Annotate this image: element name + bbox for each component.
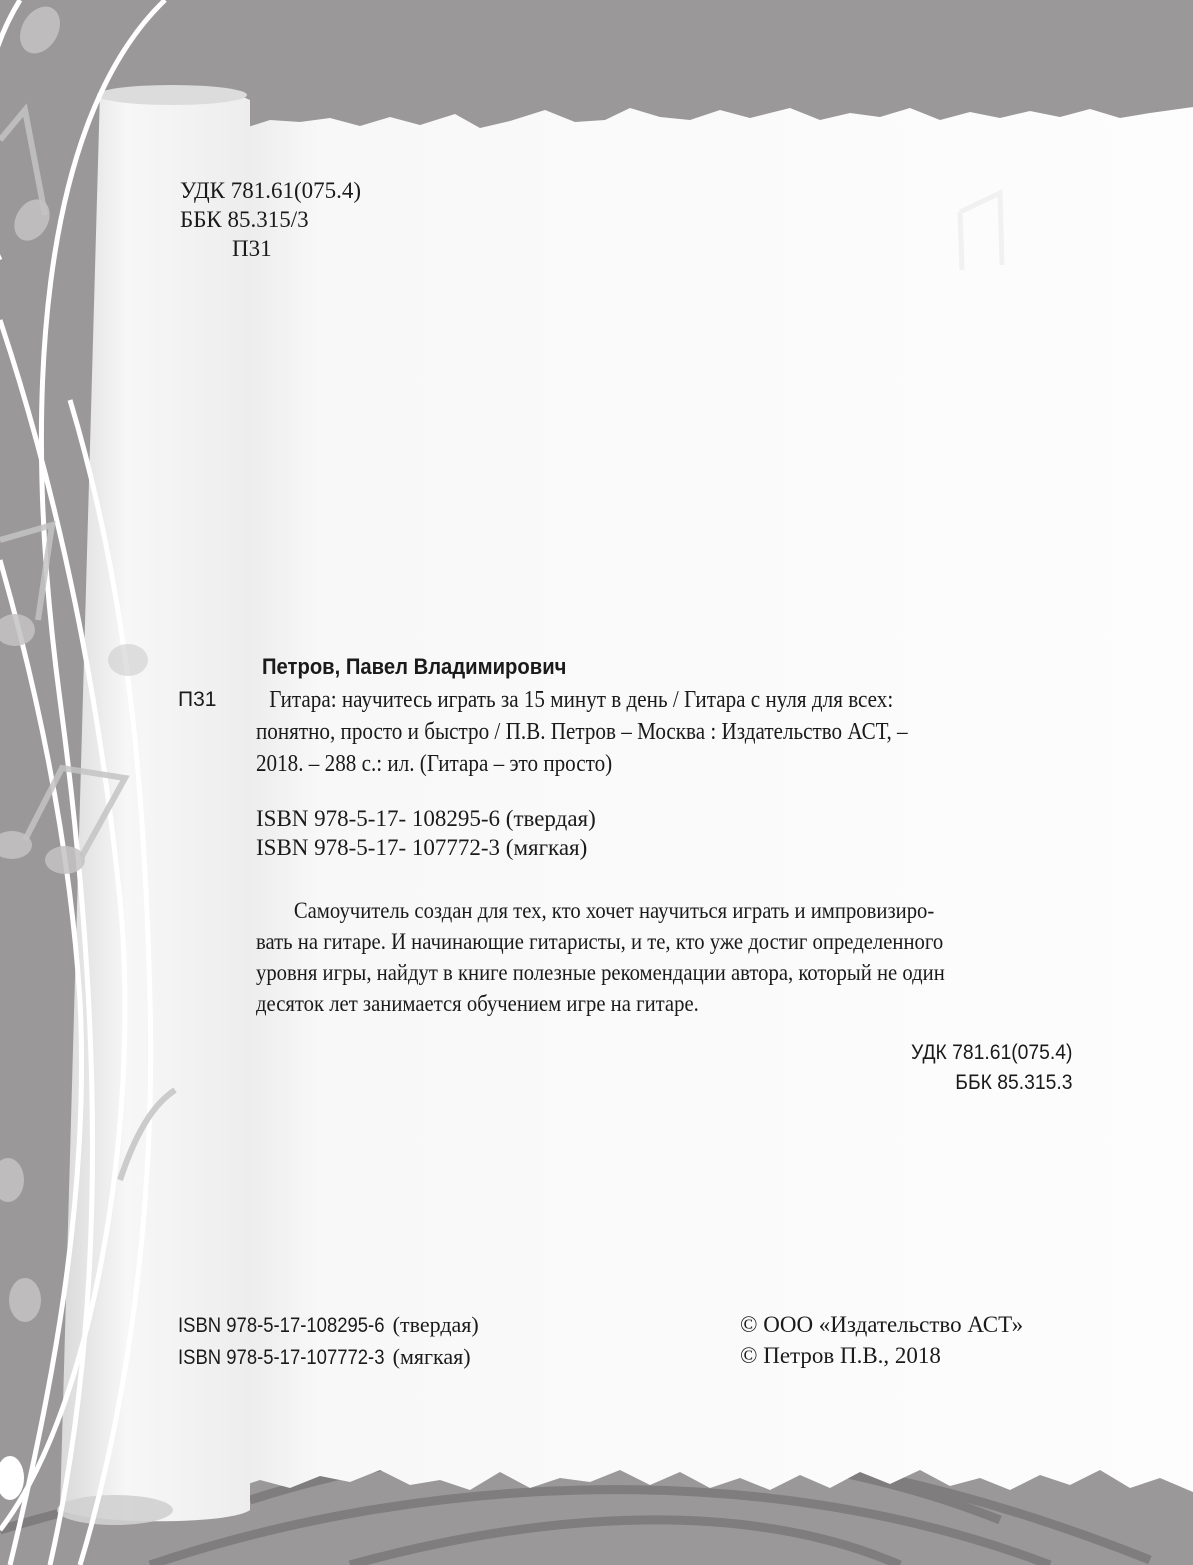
catalog-author-mark: П31 xyxy=(178,688,216,712)
udk-code: УДК 781.61(075.4) xyxy=(180,176,361,205)
isbn-type: (твердая) xyxy=(393,1312,479,1337)
author-mark: П31 xyxy=(180,234,361,263)
copyright-publisher: © ООО «Издательство АСТ» xyxy=(740,1309,1023,1340)
isbn-block: ISBN 978-5-17- 108295-6 (твердая) ISBN 9… xyxy=(256,804,596,862)
isbn-softcover: ISBN 978-5-17- 107772-3 (мягкая) xyxy=(256,833,596,862)
copyright-author: © Петров П.В., 2018 xyxy=(740,1340,1023,1371)
isbn-hardcover: ISBN 978-5-17- 108295-6 (твердая) xyxy=(256,804,596,833)
card-bbk: ББК 85.315.3 xyxy=(911,1068,1072,1098)
footer-isbn-hardcover: ISBN 978-5-17-108295-6(твердая) xyxy=(178,1309,479,1341)
card-udk: УДК 781.61(075.4) xyxy=(911,1038,1072,1068)
description-line: понятно, просто и быстро / П.В. Петров –… xyxy=(256,716,908,748)
annotation: Самоучитель создан для тех, кто хочет на… xyxy=(256,896,945,1020)
annotation-line: Самоучитель создан для тех, кто хочет на… xyxy=(256,896,945,927)
description-line: Гитара: научитесь играть за 15 минут в д… xyxy=(256,684,908,716)
annotation-line: десяток лет занимается обучением игре на… xyxy=(256,989,945,1020)
author-heading: Петров, Павел Владимирович xyxy=(262,654,566,680)
description-line: 2018. – 288 с.: ил. (Гитара – это просто… xyxy=(256,748,908,780)
annotation-line: вать на гитаре. И начинающие гитаристы, … xyxy=(256,927,945,958)
footer-isbn: ISBN 978-5-17-108295-6(твердая) ISBN 978… xyxy=(178,1309,479,1373)
isbn-type: (мягкая) xyxy=(393,1344,471,1369)
paper-sheet xyxy=(245,107,1193,1492)
annotation-line: уровня игры, найдут в книге полезные рек… xyxy=(256,958,945,989)
footer-isbn-softcover: ISBN 978-5-17-107772-3(мягкая) xyxy=(178,1341,479,1373)
copyright-block: © ООО «Издательство АСТ» © Петров П.В., … xyxy=(740,1309,1023,1371)
card-classification: УДК 781.61(075.4) ББК 85.315.3 xyxy=(911,1038,1072,1098)
header-codes: УДК 781.61(075.4) ББК 85.315/3 П31 xyxy=(180,176,361,263)
isbn-number: ISBN 978-5-17-107772-3 xyxy=(178,1342,384,1373)
bbk-code: ББК 85.315/3 xyxy=(180,205,361,234)
bibliographic-description: Гитара: научитесь играть за 15 минут в д… xyxy=(256,684,908,780)
isbn-number: ISBN 978-5-17-108295-6 xyxy=(178,1310,384,1341)
